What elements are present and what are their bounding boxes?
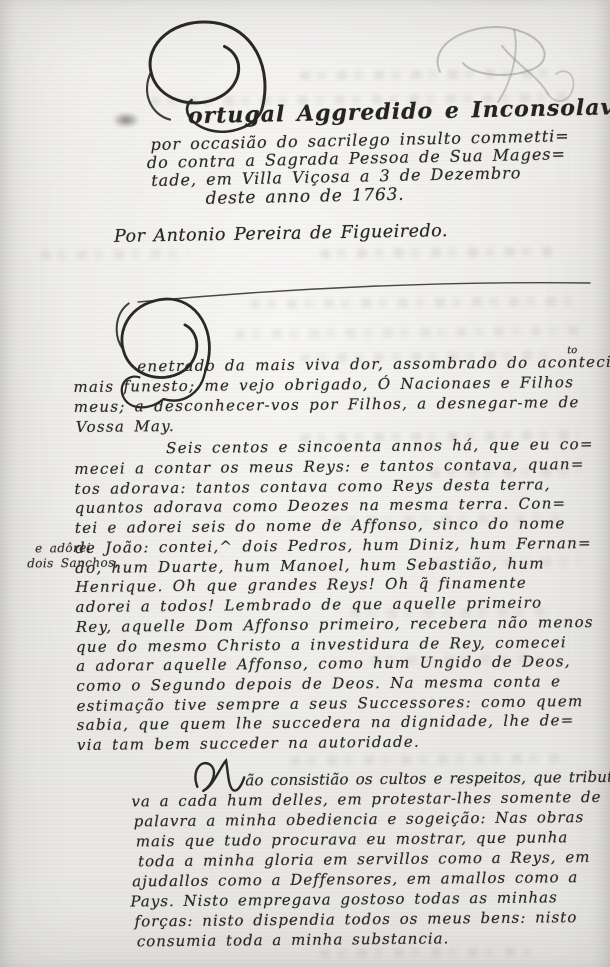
text-line: va a cada hum delles, em protestar-lhes … <box>131 788 601 811</box>
text-line: Seis centos e sincoenta annos há, que eu… <box>166 435 594 457</box>
text-line: enetrado da mais viva dor, assombrado do… <box>137 353 610 376</box>
text-line: forças: nisto dispendia todos os meus be… <box>135 908 578 930</box>
text-line: palavra a minha obediencia e sogeição: N… <box>134 808 585 830</box>
margin-note-line: dois Sanchos, <box>27 556 119 571</box>
body-block: P enetrado da mais viva dor, assombrado … <box>0 0 610 967</box>
text-line: consumia toda a minha substancia. <box>137 929 450 950</box>
text-line: sabia, que quem lhe succedera na dignida… <box>77 711 575 734</box>
text-line: mais funesto; me vejo obrigado, Ó Nacion… <box>73 373 574 396</box>
text-line: como o Segundo depois de Deos. Na mesma … <box>76 672 561 695</box>
text-line: quantos adorava como Deozes na mesma ter… <box>75 494 567 517</box>
text-line: Rey, aquelle Dom Affonso primeiro, receb… <box>76 613 594 636</box>
text-line: toda a minha gloria em servillos como a … <box>138 848 591 870</box>
text-line: Pays. Nisto empregava gostoso todas as m… <box>130 888 557 910</box>
text-line: adorei a todos! Lembrado de que aquelle … <box>76 593 543 615</box>
text-line: Vossa May. <box>76 417 175 436</box>
manuscript-page: P ortugal Aggredido e Inconsolavel, por … <box>0 0 610 967</box>
text-line: a adorar aquelle Affonso, como hum Ungid… <box>76 652 571 675</box>
text-line: meus; a desconhecer-vos por Filhos, a de… <box>74 393 580 416</box>
text-line: mais que tudo procurava eu mostrar, que … <box>136 828 569 850</box>
text-line: ajudallos como a Deffensores, em amallos… <box>132 868 578 890</box>
margin-note-line: e adôrei <box>35 541 91 556</box>
text-line: via tam bem succeder na autoridade. <box>77 733 420 754</box>
text-line: ão consistião os cultos e respeitos, que… <box>245 768 610 790</box>
superscript-abbreviation: to <box>567 345 577 356</box>
text-line: tei e adorei seis do nome de Affonso, si… <box>75 514 566 537</box>
text-line: mecei a contar os meus Reys: e tantos co… <box>74 455 585 478</box>
text-line: Henrique. Oh que grandes Reys! Oh q̃ fin… <box>75 574 527 596</box>
text-line: de João: contei,^ dois Pedros, hum Diniz… <box>75 534 592 557</box>
